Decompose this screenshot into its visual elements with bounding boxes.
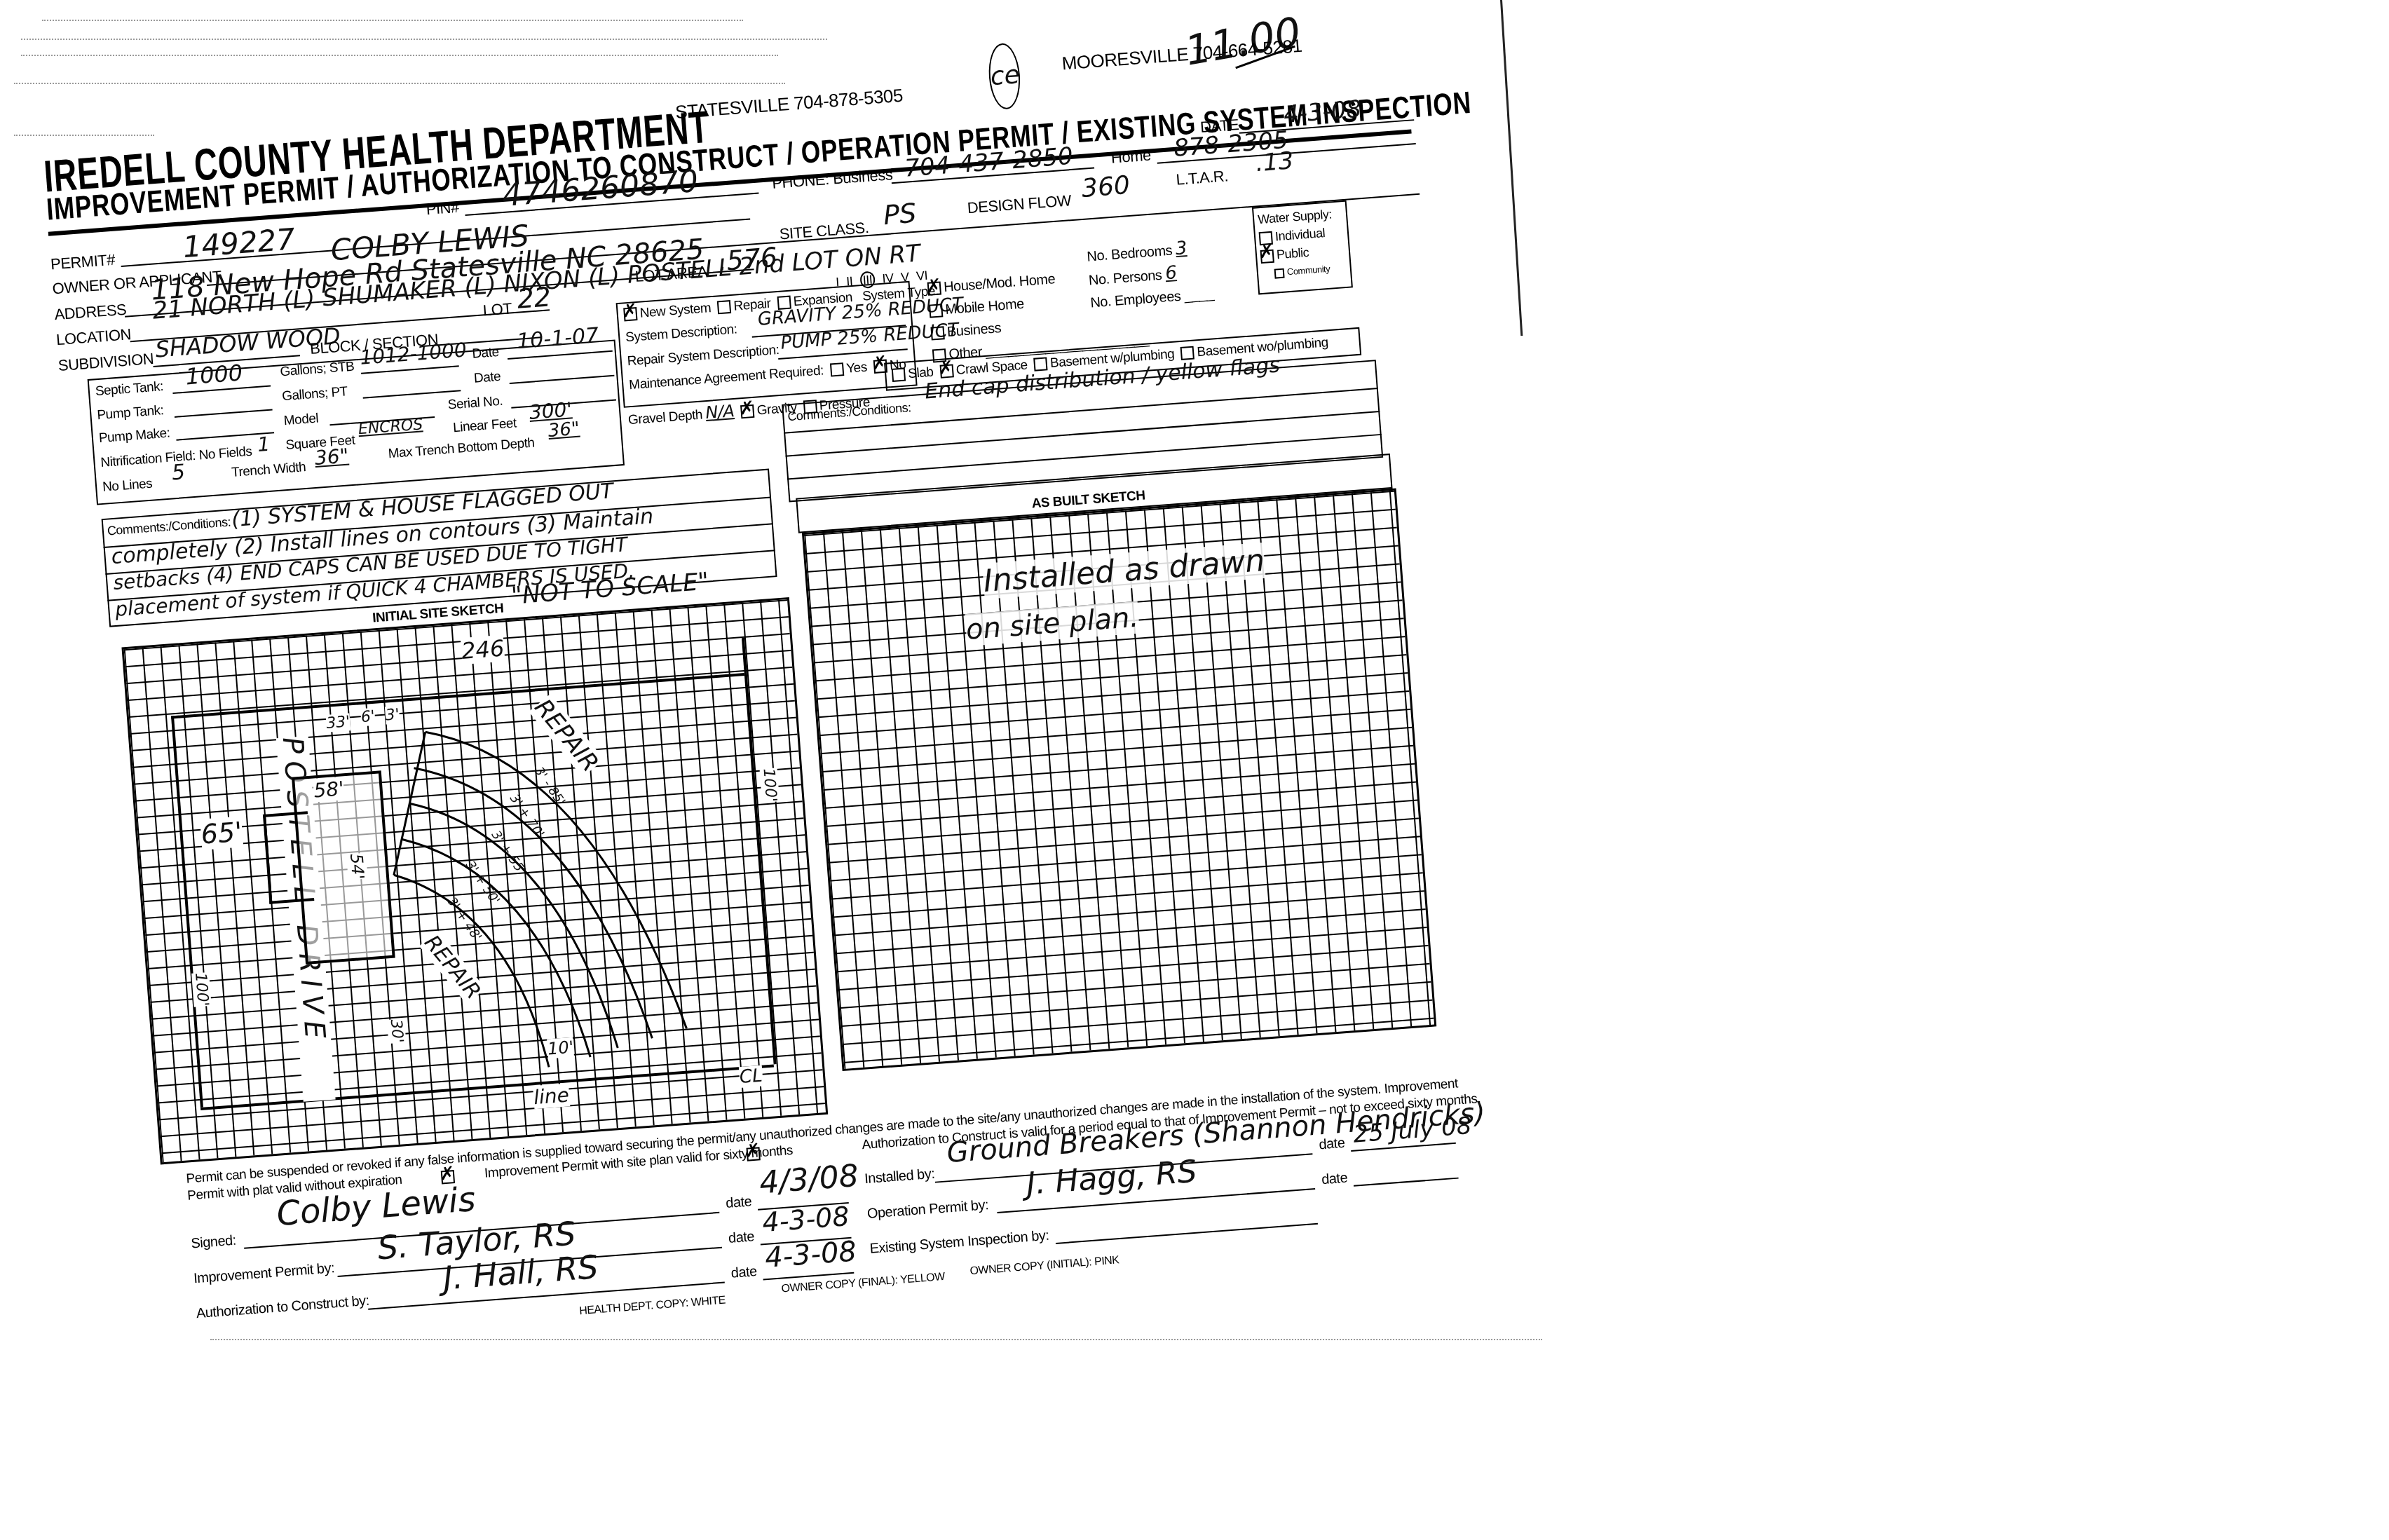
business-label: Business <box>946 320 1002 340</box>
mobile-label: Mobile Home <box>945 297 1025 318</box>
pin-label: PIN# <box>426 198 460 219</box>
site-plan-checkbox[interactable] <box>746 1147 763 1161</box>
employees-label: No. Employees <box>1090 289 1181 311</box>
phone-home-label: Home <box>1110 146 1151 167</box>
maint-yes-label: Yes <box>845 360 867 376</box>
authorization-by-label: Authorization to Construct by: <box>196 1293 369 1322</box>
max-depth-value[interactable]: 36" <box>547 418 580 442</box>
date-value[interactable]: 4-3-08 <box>1283 95 1363 129</box>
maint-yes-checkbox[interactable] <box>830 363 844 377</box>
date1-label: Date <box>472 345 500 362</box>
crawl-checkbox[interactable] <box>939 364 953 379</box>
basement-w-checkbox[interactable] <box>1034 357 1048 372</box>
operation-date-line <box>1354 1178 1459 1187</box>
individual-label: Individual <box>1274 226 1325 243</box>
as-built-grid: Installed as drawn on site plan. <box>802 489 1436 1072</box>
signed-date[interactable]: 4/3/08 <box>758 1158 859 1201</box>
improvement-date[interactable]: 4-3-08 <box>761 1201 850 1238</box>
gravity-checkbox[interactable] <box>740 404 754 418</box>
scan-artifact <box>42 20 743 22</box>
no-lines-value[interactable]: 5 <box>171 460 186 485</box>
trench-width-value[interactable]: 36" <box>314 444 350 470</box>
repair-check-icon <box>717 300 731 314</box>
system-type-i[interactable]: I <box>836 275 840 289</box>
scan-artifact <box>210 1339 1542 1342</box>
as-built-note-1: Installed as drawn <box>982 543 1266 599</box>
public-check-icon <box>1260 249 1274 263</box>
nitrification-value[interactable]: 1 <box>257 432 271 456</box>
design-flow-value[interactable]: 360 <box>1081 171 1131 203</box>
scan-artifact <box>14 135 154 137</box>
occupancy-list: No. Bedrooms 3 No. Persons 6 No. Employe… <box>1086 235 1215 314</box>
system-type-v[interactable]: V <box>900 270 909 285</box>
signed-label: Signed: <box>191 1233 237 1253</box>
as-built-note-2: on site plan. <box>965 601 1139 646</box>
system-type-ii[interactable]: II <box>845 274 852 289</box>
statesville-phone: STATESVILLE 704-878-5305 <box>674 85 904 123</box>
authorization-date-label: date <box>730 1264 758 1282</box>
permit-label: PERMIT# <box>50 251 116 274</box>
authorization-date[interactable]: 4-3-08 <box>764 1235 858 1274</box>
operation-by-label: Operation Permit by: <box>866 1197 989 1222</box>
site-plan-check-icon <box>746 1147 760 1161</box>
permit-form: ce STATESVILLE 704-878-5305 MOORESVILLE … <box>42 39 1620 1339</box>
gravel-depth-label: Gravel Depth <box>627 407 702 428</box>
lot-label: LOT <box>482 299 512 320</box>
permit-value[interactable]: 149227 <box>182 222 297 264</box>
community-label: Community <box>1286 264 1330 278</box>
initials-mark: ce <box>986 42 1022 110</box>
public-label: Public <box>1276 245 1309 261</box>
business-check-icon <box>930 326 944 340</box>
site-class-value[interactable]: PS <box>883 198 918 231</box>
lot-value[interactable]: 22 <box>516 281 552 315</box>
existing-by-label: Existing System Inspection by: <box>869 1228 1049 1258</box>
model-label: Model <box>283 411 319 430</box>
scan-artifact <box>21 39 827 41</box>
gravel-depth-value[interactable]: N/A <box>705 401 735 423</box>
ltar-value[interactable]: .13 <box>1255 146 1295 177</box>
date2-label: Date <box>473 369 501 387</box>
copy-yellow: OWNER COPY (FINAL): YELLOW <box>781 1271 945 1295</box>
house-check-icon <box>927 282 941 296</box>
improvement-date-label: date <box>728 1229 755 1247</box>
improvement-by-label: Improvement Permit by: <box>193 1260 334 1287</box>
septic-tank-value[interactable]: 1000 <box>184 360 243 390</box>
system-type-iv[interactable]: IV <box>882 271 894 285</box>
design-flow-label: DESIGN FLOW <box>967 191 1072 217</box>
ltar-label: L.T.A.R. <box>1176 167 1229 189</box>
mobile-check-icon <box>929 304 943 318</box>
copy-white: HEALTH DEPT. COPY: WHITE <box>579 1295 726 1318</box>
persons-value[interactable]: 6 <box>1164 262 1177 284</box>
scan-artifact <box>21 55 778 57</box>
subdivision-label: SUBDIVISION <box>57 350 154 375</box>
slab-checkbox[interactable] <box>892 368 906 382</box>
community-check-icon <box>1274 268 1285 278</box>
site-class-label: SITE CLASS. <box>779 219 869 244</box>
operation-date-label: date <box>1321 1171 1348 1189</box>
basement-wo-checkbox[interactable] <box>1180 346 1194 360</box>
existing-line <box>1056 1223 1318 1244</box>
initial-sketch-grid: 246 POSTELL DRIVE 65' 58' 54' 33' 6' 3' … <box>121 597 828 1165</box>
address-label: ADDRESS <box>54 301 128 325</box>
copy-pink: OWNER COPY (INITIAL): PINK <box>969 1254 1119 1278</box>
new-system-check-icon <box>623 308 637 322</box>
water-supply-list: Water Supply: Individual Public Communit… <box>1257 205 1336 283</box>
system-type-iii[interactable]: III <box>859 271 876 289</box>
bedrooms-value[interactable]: 3 <box>1175 238 1187 259</box>
mooresville-phone: MOORESVILLE 704-664-5281 <box>1061 35 1303 75</box>
installed-date-label: date <box>1319 1136 1346 1154</box>
installed-by-label: Installed by: <box>864 1166 935 1187</box>
location-label: LOCATION <box>55 325 131 349</box>
signed-date-label: date <box>726 1194 753 1212</box>
persons-label: No. Persons <box>1088 268 1162 289</box>
bedrooms-label: No. Bedrooms <box>1087 243 1173 265</box>
scan-artifact <box>14 83 785 86</box>
